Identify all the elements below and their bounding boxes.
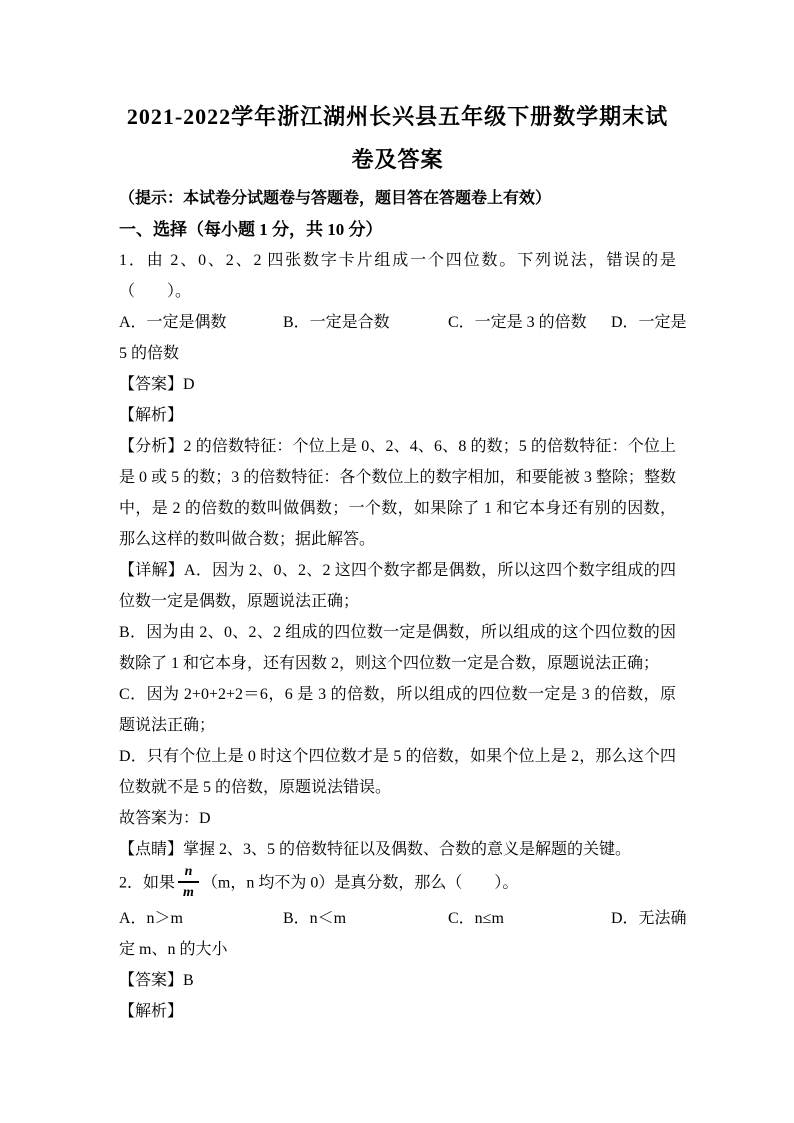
q2-analysis-label: 【解析】	[119, 996, 676, 1027]
q1-tip: 【点睛】掌握 2、3、5 的倍数特征以及偶数、合数的意义是解题的关键。	[119, 834, 676, 865]
exam-notice: （提示：本试卷分试题卷与答题卷，题目答在答题卷上有效）	[119, 183, 676, 214]
q2-option-b: B．n＜m	[283, 903, 346, 934]
q1-detail-d: D．只有个位上是 0 时这个四位数才是 5 的倍数，如果个位上是 2，那么这个四…	[119, 741, 676, 803]
q1-detail-c: C．因为 2+0+2+2＝6，6 是 3 的倍数，所以组成的四位数一定是 3 的…	[119, 679, 676, 741]
q2-stem-prefix: 2．如果	[119, 875, 175, 892]
q2-option-c: C．n≤m	[448, 903, 504, 934]
exam-paper-page: 2021-2022学年浙江湖州长兴县五年级下册数学期末试卷及答案 （提示：本试卷…	[0, 0, 794, 1123]
fraction-denominator: m	[178, 883, 199, 901]
q1-options-row: A．一定是偶数 B．一定是合数 C．一定是 3 的倍数 D．一定是	[119, 307, 676, 338]
fraction-numerator: n	[178, 863, 199, 883]
q1-conclusion: 故答案为：D	[119, 803, 676, 834]
q2-answer: 【答案】B	[119, 965, 676, 996]
q1-option-d-wrap: 5 的倍数	[119, 338, 676, 369]
q1-option-b: B．一定是合数	[283, 307, 390, 338]
fraction-n-over-m: nm	[178, 863, 199, 901]
q1-analysis: 【分析】2 的倍数特征：个位上是 0、2、4、6、8 的数；5 的倍数特征：个位…	[119, 431, 676, 555]
q2-option-a: A．n＞m	[119, 903, 183, 934]
page-content: 2021-2022学年浙江湖州长兴县五年级下册数学期末试卷及答案 （提示：本试卷…	[0, 0, 794, 1027]
q1-answer: 【答案】D	[119, 369, 676, 400]
q1-option-d: D．一定是	[611, 307, 687, 338]
q1-detail-a: 【详解】A．因为 2、0、2、2 这四个数字都是偶数，所以这四个数字组成的四位数…	[119, 555, 676, 617]
q2-options-row: A．n＞m B．n＜m C．n≤m D．无法确	[119, 903, 676, 934]
q2-option-d: D．无法确	[611, 903, 687, 934]
q1-detail-b: B．因为由 2、0、2、2 组成的四位数一定是偶数，所以组成的这个四位数的因数除…	[119, 617, 676, 679]
exam-title: 2021-2022学年浙江湖州长兴县五年级下册数学期末试卷及答案	[119, 95, 676, 181]
q1-option-c: C．一定是 3 的倍数	[448, 307, 587, 338]
q1-option-a: A．一定是偶数	[119, 307, 227, 338]
q2-stem: 2．如果nm（m，n 均不为 0）是真分数，那么（ ）。	[119, 865, 676, 903]
q1-stem: 1．由 2、0、2、2 四张数字卡片组成一个四位数。下列说法，错误的是（ ）。	[119, 245, 676, 307]
q2-option-d-wrap: 定 m、n 的大小	[119, 934, 676, 965]
q1-analysis-label: 【解析】	[119, 400, 676, 431]
section-heading-choice: 一、选择（每小题 1 分，共 10 分）	[119, 214, 676, 245]
q2-stem-suffix: （m，n 均不为 0）是真分数，那么（ ）。	[202, 875, 518, 892]
